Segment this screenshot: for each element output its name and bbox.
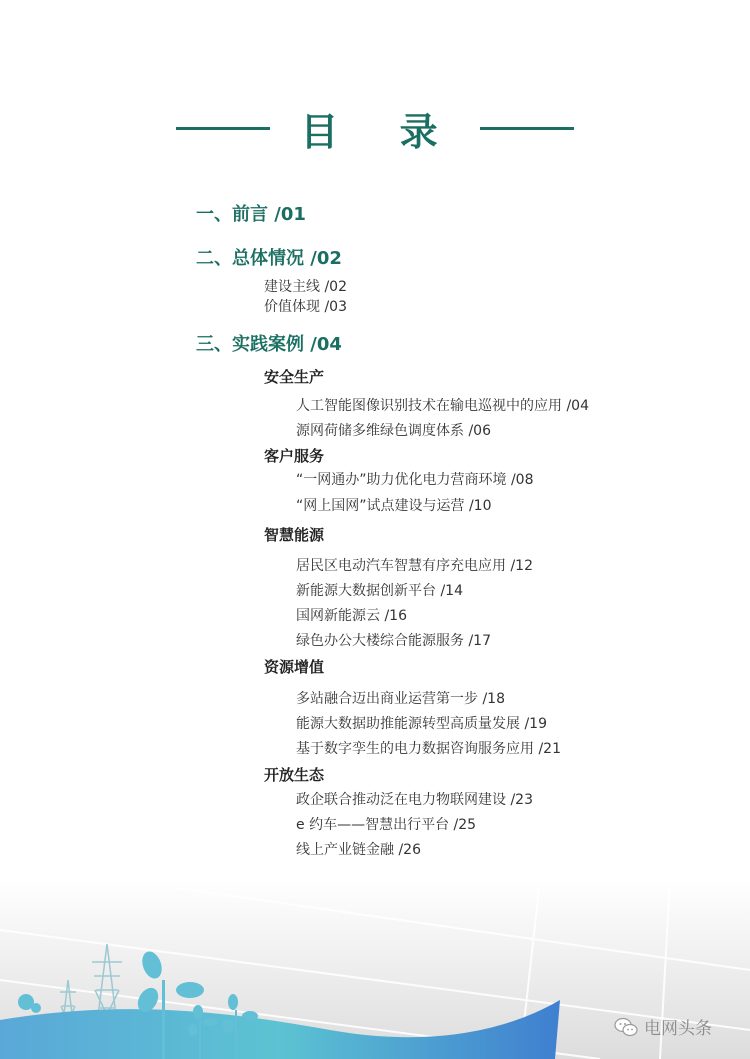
page-title: 目 录 (300, 101, 461, 156)
toc-category: 客户服务 (264, 445, 324, 466)
wechat-watermark: 电网头条 (614, 1014, 712, 1039)
toc-item[interactable]: “一网通办”助力优化电力营商环境 /08 (296, 469, 534, 489)
wechat-icon (614, 1017, 638, 1037)
toc-section[interactable]: 三、实践案例 /04 (196, 330, 342, 356)
toc-item[interactable]: 国网新能源云 /16 (296, 605, 407, 625)
toc-section[interactable]: 二、总体情况 /02 (196, 244, 342, 270)
toc-item[interactable]: 新能源大数据创新平台 /14 (296, 580, 463, 600)
toc-category: 资源增值 (264, 656, 324, 677)
toc-item[interactable]: 基于数字孪生的电力数据咨询服务应用 /21 (296, 738, 561, 758)
title-left-rule (176, 127, 270, 130)
toc-category: 安全生产 (264, 366, 324, 387)
toc-item[interactable]: 建设主线 /02 (264, 276, 347, 296)
toc-item[interactable]: 能源大数据助推能源转型高质量发展 /19 (296, 713, 547, 733)
toc-item[interactable]: 人工智能图像识别技术在输电巡视中的应用 /04 (296, 395, 589, 415)
toc-item[interactable]: 政企联合推动泛在电力物联网建设 /23 (296, 789, 533, 809)
toc-category: 智慧能源 (264, 524, 324, 545)
toc-section[interactable]: 一、前言 /01 (196, 200, 306, 226)
toc-item[interactable]: 价值体现 /03 (264, 296, 347, 316)
watermark-text: 电网头条 (644, 1014, 712, 1039)
toc-item[interactable]: “网上国网”试点建设与运营 /10 (296, 495, 492, 515)
toc-item[interactable]: 居民区电动汽车智慧有序充电应用 /12 (296, 555, 533, 575)
title-right-rule (480, 127, 574, 130)
toc-item[interactable]: 多站融合迈出商业运营第一步 /18 (296, 688, 505, 708)
toc-item[interactable]: e 约车——智慧出行平台 /25 (296, 814, 476, 834)
toc-item[interactable]: 线上产业链金融 /26 (296, 839, 421, 859)
toc-item[interactable]: 绿色办公大楼综合能源服务 /17 (296, 630, 491, 650)
toc-category: 开放生态 (264, 764, 324, 785)
toc-title: 目 录 (0, 100, 750, 156)
toc-item[interactable]: 源网荷储多维绿色调度体系 /06 (296, 420, 491, 440)
